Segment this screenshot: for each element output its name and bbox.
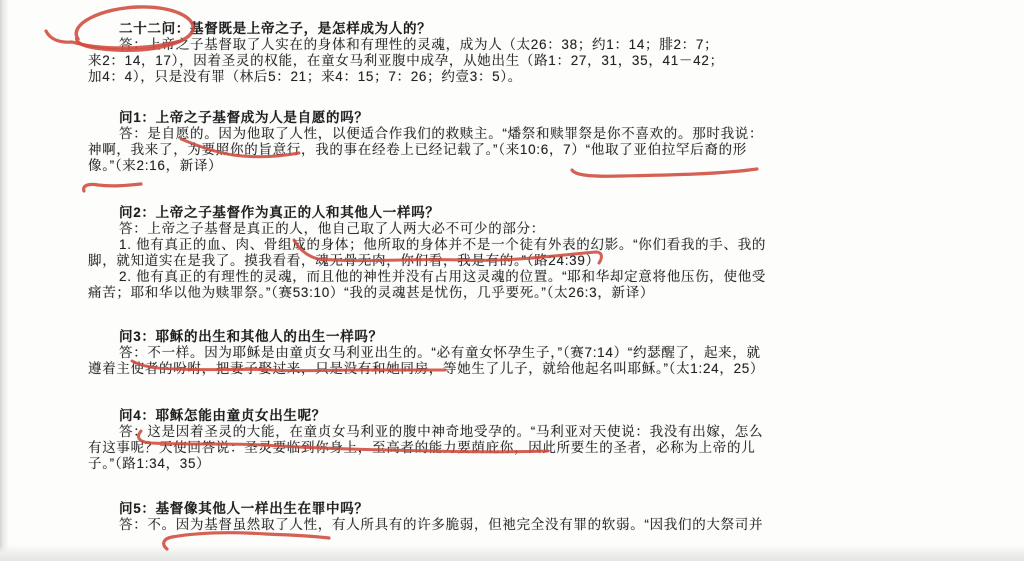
answer-line: 答：不。因为基督虽然取了人性，有人所具有的许多脆弱，但祂完全没有罪的软弱。“因我… xyxy=(88,517,778,533)
answer-line: 答：不一样。因为耶稣是由童贞女马利亚出生的。“必有童女怀孕生子，”（赛7:14）… xyxy=(88,345,778,361)
page-bottom-edge xyxy=(0,545,1024,561)
question-4-block: 问4：耶稣怎能由童贞女出生呢？ 答：这是因着圣灵的大能，在童贞女马利亚的腹中神奇… xyxy=(88,408,778,472)
answer-line: 1. 他有真正的血、肉、骨组成的身体；他所取的身体并不是一个徒有外表的幻影。“你… xyxy=(88,237,778,253)
answer-line: 神啊，我来了，为要照你的旨意行，我的事在经卷上已经记载了。”（来10:6，7）“… xyxy=(88,142,778,158)
answer-line: 答：这是因着圣灵的大能，在童贞女马利亚的腹中神奇地受孕的。“马利亚对天使说：我没… xyxy=(88,424,778,440)
question-2-block: 问2：上帝之子基督作为真正的人和其他人一样吗？ 答：上帝之子基督是真正的人，他自… xyxy=(88,205,778,301)
answer-line: 遵着主使者的吩咐，把妻子娶过来，只是没有和她同房，等她生了儿子，就给他起名叫耶稣… xyxy=(88,361,778,377)
question-1-block: 问1：上帝之子基督成为人是自愿的吗？ 答：是自愿的。因为他取了人性，以便适合作我… xyxy=(88,110,778,174)
answer-line: 答：上帝之子基督取了人实在的身体和有理性的灵魂，成为人（太26：38；约1：14… xyxy=(88,37,778,53)
answer-line: 答：上帝之子基督是真正的人，他自己取了人两大必不可少的部分： xyxy=(88,221,778,237)
page-left-edge xyxy=(0,0,9,561)
answer-line: 有这事呢？天使回答说：圣灵要临到你身上，至高者的能力要荫庇你，因此所要生的圣者，… xyxy=(88,440,778,456)
question-heading: 问2：上帝之子基督作为真正的人和其他人一样吗？ xyxy=(88,205,778,221)
intro-question-block: 二十二问：基督既是上帝之子，是怎样成为人的？ 答：上帝之子基督取了人实在的身体和… xyxy=(88,21,778,85)
answer-line: 像。”（来2:16，新译） xyxy=(88,158,778,174)
question-heading: 问1：上帝之子基督成为人是自愿的吗？ xyxy=(88,110,778,126)
question-3-block: 问3：耶稣的出生和其他人的出生一样吗？ 答：不一样。因为耶稣是由童贞女马利亚出生… xyxy=(88,329,778,377)
question-heading: 问3：耶稣的出生和其他人的出生一样吗？ xyxy=(88,329,778,345)
answer-line: 脚，就知道实在是我了。摸我看看，魂无骨无肉，你们看，我是有的。”（路24:39） xyxy=(88,253,778,269)
question-heading: 问4：耶稣怎能由童贞女出生呢？ xyxy=(88,408,778,424)
answer-line: 来2：14，17），因着圣灵的权能，在童女马利亚腹中成孕，从她出生（路1：27，… xyxy=(88,53,778,69)
answer-line: 加4：4），只是没有罪（林后5：21；来4：15；7：26；约壹3：5）。 xyxy=(88,69,778,85)
question-5-block: 问5：基督像其他人一样出生在罪中吗？ 答：不。因为基督虽然取了人性，有人所具有的… xyxy=(88,501,778,533)
question-heading: 问5：基督像其他人一样出生在罪中吗？ xyxy=(88,501,778,517)
answer-line: 痛苦；耶和华以他为赎罪祭。”（赛53:10）“我的灵魂甚是忧伤，几乎要死。”（太… xyxy=(88,285,778,301)
answer-line: 答：是自愿的。因为他取了人性，以便适合作我们的救赎主。“燔祭和赎罪祭是你不喜欢的… xyxy=(88,126,778,142)
answer-line: 2. 他有真正的有理性的灵魂，而且他的神性并没有占用这灵魂的位置。“耶和华却定意… xyxy=(88,269,778,285)
red-pen-underline-xiang xyxy=(84,184,141,191)
answer-line: 子。”（路1:34，35） xyxy=(88,456,778,472)
question-heading: 二十二问：基督既是上帝之子，是怎样成为人的？ xyxy=(88,21,778,37)
